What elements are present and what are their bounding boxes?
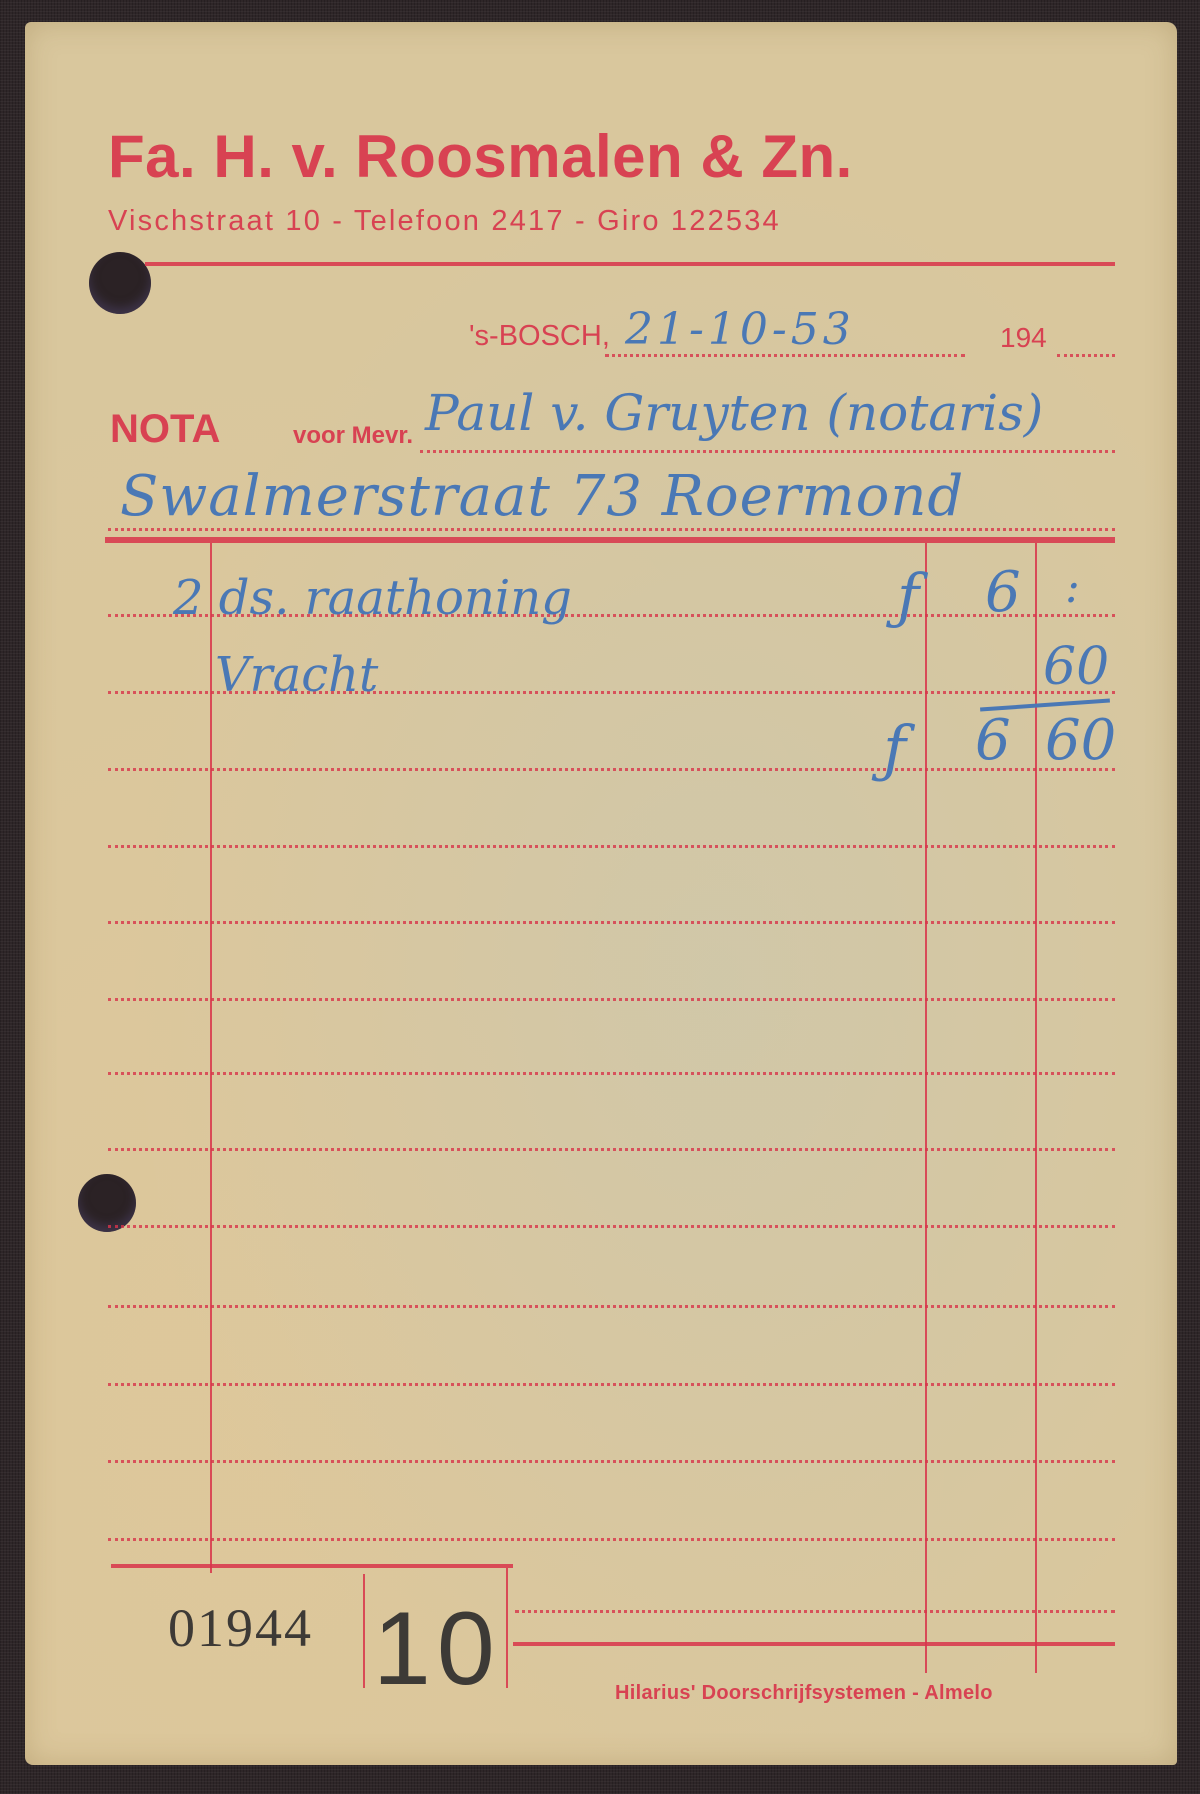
company-name: Fa. H. v. Roosmalen & Zn. xyxy=(108,122,853,191)
invoice-paper: Fa. H. v. Roosmalen & Zn. Vischstraat 10… xyxy=(25,22,1177,1765)
year-dotted-line xyxy=(1057,354,1115,357)
item-2-description: Vracht xyxy=(215,647,378,703)
total-cents: 60 xyxy=(1045,708,1116,773)
number-box-right xyxy=(506,1568,508,1688)
footer-left-rule xyxy=(111,1564,513,1568)
nota-label: NOTA xyxy=(110,407,220,452)
description-column-line xyxy=(210,543,212,1573)
date-handwritten: 21-10-53 xyxy=(625,304,855,355)
ledger-row-line xyxy=(108,768,1115,771)
item-1-guilders: 6 xyxy=(985,560,1021,625)
cents-column-line xyxy=(1035,543,1037,1673)
punch-hole-top xyxy=(89,252,151,314)
recipient-address-handwritten: Swalmerstraat 73 Roermond xyxy=(120,464,964,529)
ledger-row-line xyxy=(108,921,1115,924)
ledger-row-line xyxy=(108,1383,1115,1386)
item-1-description: 2 ds. raathoning xyxy=(173,570,572,626)
recipient-name-handwritten: Paul v. Gruyten (notaris) xyxy=(425,384,1043,442)
item-2-cents: 60 xyxy=(1043,637,1109,697)
footer-dotted-line xyxy=(515,1610,1115,1613)
ledger-row-line xyxy=(108,1148,1115,1151)
ledger-row-line xyxy=(108,1225,1115,1228)
company-address-line: Vischstraat 10 - Telefoon 2417 - Giro 12… xyxy=(108,205,781,238)
header-thick-rule xyxy=(105,537,1115,543)
printer-credit: Hilarius' Doorschrijfsystemen - Almelo xyxy=(615,1682,993,1705)
number-box-left xyxy=(363,1574,365,1688)
ledger-row-line xyxy=(108,1305,1115,1308)
city-label: 's-BOSCH, xyxy=(469,320,610,353)
ledger-row-line xyxy=(108,998,1115,1001)
ledger-row-line xyxy=(108,1072,1115,1075)
year-prefix: 194 xyxy=(1000,322,1047,354)
letterhead-rule xyxy=(145,262,1115,266)
recipient-dotted-line xyxy=(420,450,1115,453)
ledger-row-line xyxy=(108,1538,1115,1541)
item-1-currency: ƒ xyxy=(897,562,919,632)
number-box-value: 10 xyxy=(373,1597,501,1701)
voor-mevr-label: voor Mevr. xyxy=(293,422,413,450)
footer-right-rule xyxy=(513,1642,1115,1646)
guilders-column-line xyxy=(925,543,927,1673)
total-currency: ƒ xyxy=(883,712,906,785)
ledger-row-line xyxy=(108,845,1115,848)
item-1-cents: : xyxy=(1065,562,1080,613)
ledger-row-line xyxy=(108,1460,1115,1463)
serial-number: 01944 xyxy=(168,1597,313,1659)
total-guilders: 6 xyxy=(975,708,1011,773)
punch-hole-bottom xyxy=(78,1174,136,1232)
